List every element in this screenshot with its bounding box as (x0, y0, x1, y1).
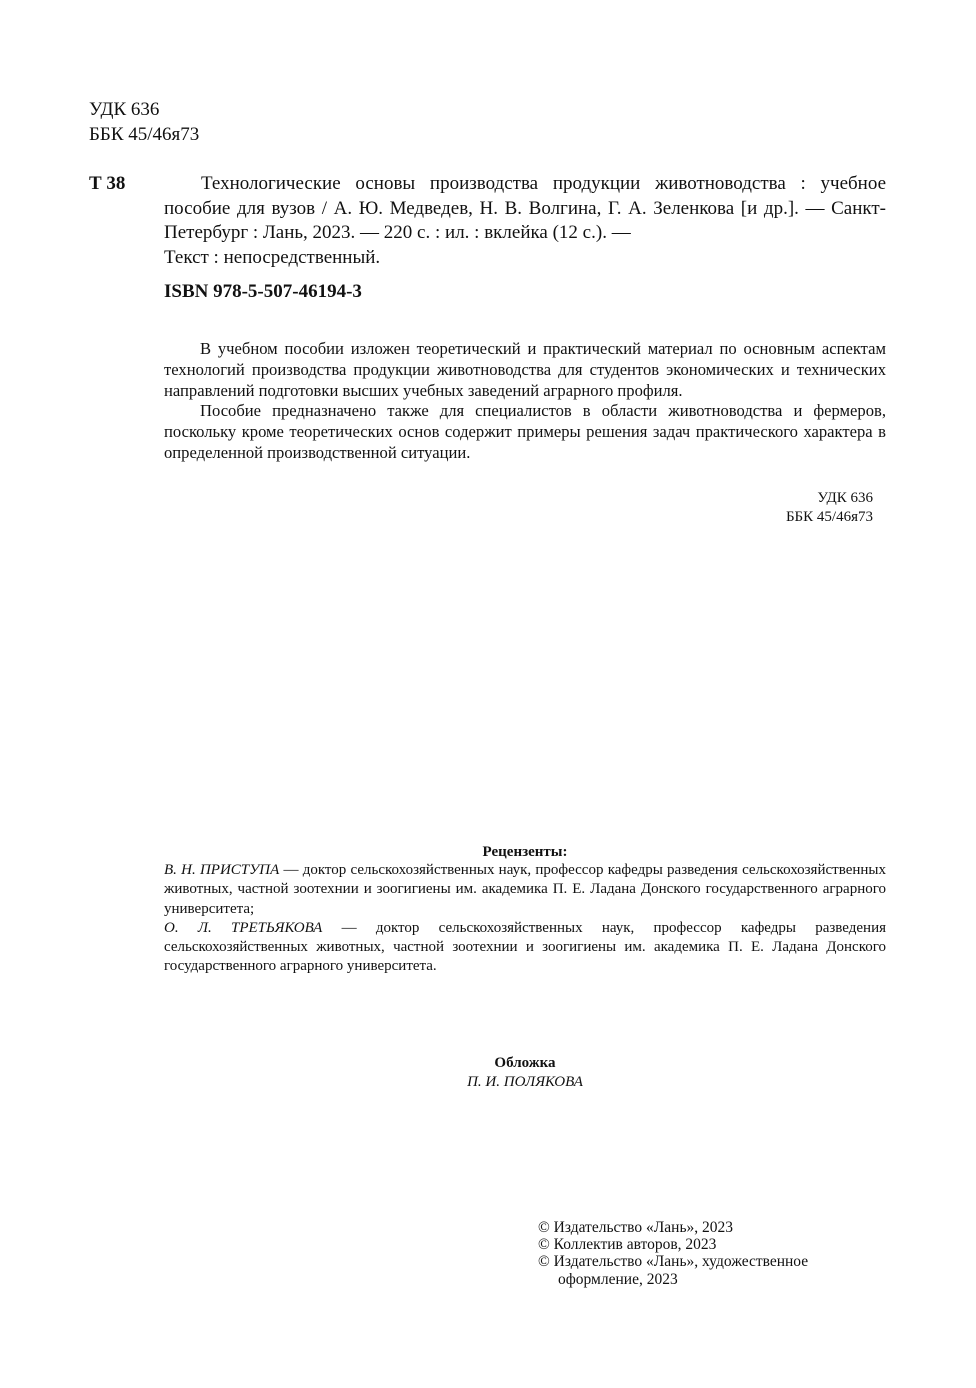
biblio-media-type: Текст : непосредственный. (164, 246, 886, 271)
bbk-code: ББК 45/46я73 (786, 508, 873, 527)
classification-footer: УДК 636 ББК 45/46я73 (786, 489, 873, 527)
reviewer-entry: О. Л. ТРЕТЬЯКОВА — доктор сельскохозяйст… (164, 919, 886, 977)
udk-code: УДК 636 (89, 97, 199, 122)
copyright-block: © Издательство «Лань», 2023 © Коллектив … (538, 1219, 808, 1288)
annotation: В учебном пособии изложен теоретический … (164, 339, 886, 464)
annotation-paragraph: Пособие предназначено также для специали… (164, 401, 886, 463)
copyright-line-continuation: оформление, 2023 (538, 1271, 808, 1288)
biblio-description: Технологические основы производства прод… (164, 172, 886, 246)
annotation-paragraph: В учебном пособии изложен теоретический … (164, 339, 886, 401)
author-mark: Т 38 (89, 172, 125, 196)
copyright-line: © Издательство «Лань», художественное (538, 1253, 808, 1270)
cover-heading: Обложка (164, 1054, 886, 1073)
cover-designer: П. И. ПОЛЯКОВА (164, 1073, 886, 1092)
reviewers-heading: Рецензенты: (164, 843, 886, 862)
bbk-code: ББК 45/46я73 (89, 122, 199, 147)
copyright-line: © Издательство «Лань», 2023 (538, 1219, 808, 1236)
isbn: ISBN 978-5-507-46194-3 (164, 280, 362, 304)
copyright-line: © Коллектив авторов, 2023 (538, 1236, 808, 1253)
reviewers-list: В. Н. ПРИСТУПА — доктор сельскохозяйстве… (164, 861, 886, 977)
classification-header: УДК 636 ББК 45/46я73 (89, 97, 199, 147)
bibliographic-record: Технологические основы производства прод… (164, 172, 886, 270)
reviewer-entry: В. Н. ПРИСТУПА — доктор сельскохозяйстве… (164, 861, 886, 919)
reviewer-name: О. Л. ТРЕТЬЯКОВА (164, 920, 322, 936)
udk-code: УДК 636 (786, 489, 873, 508)
reviewer-name: В. Н. ПРИСТУПА (164, 862, 279, 878)
